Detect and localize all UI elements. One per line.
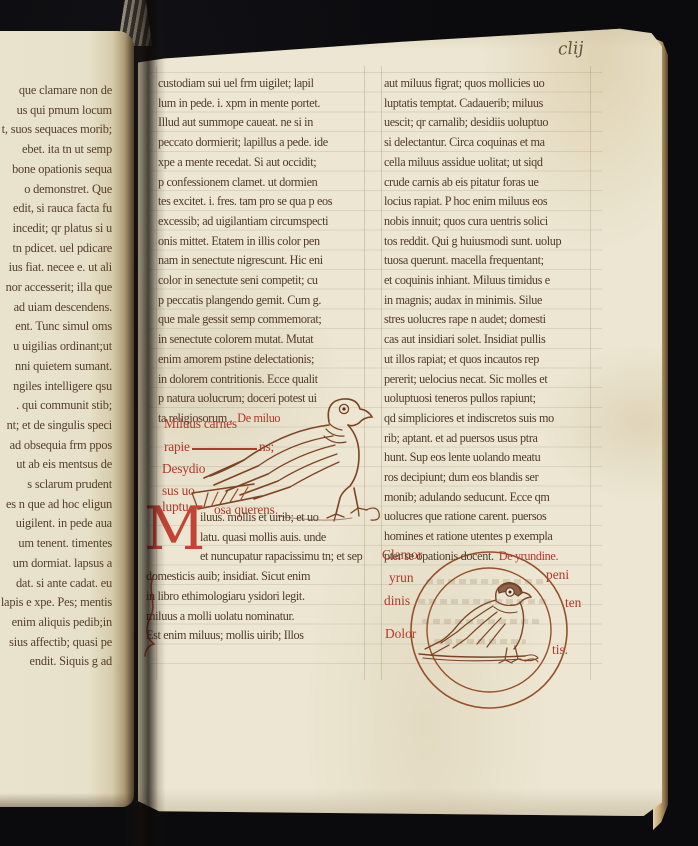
facing-text-line: sius affectib; quasi pe [0,633,112,653]
facing-text-line: lapis e xpe. Pes; mentis [0,593,112,613]
facing-text-line: nor accesserit; illa que [0,278,112,298]
text-line: nobis innuit; quos cura uentris solici [384,212,594,232]
initial-paragraph: M iluus. mollis et uirib; et uo latu. qu… [146,508,374,646]
text-line: que male gessit semp commemorat; [158,310,368,330]
text-line: hunt. Sup eos lente uolando meatu [384,448,594,468]
text-line: cella miluus assidue uolitat; ut siqd [384,153,594,173]
facing-text-line: bone opationis sequa [0,160,112,180]
facing-text-line: u uigilias ordinant;ut [0,337,112,357]
facing-text-line: incedit; qr platus si u [0,219,112,239]
text-line: custodiam sui uel frm uigilet; lapil [158,74,368,94]
text-line: luptatis temptat. Cadauerib; miluus [384,94,594,114]
text-line: pererit; uelocius necat. Sic molles et [384,370,594,390]
facing-text-line: ius fiat. necee e. ut ali [0,258,112,278]
text-line: xpe a mente recedat. Si aut occidit; [158,153,368,173]
facing-text-line: nt; et de singulis speci [0,416,112,436]
text-line: excessib; ad uigilantiam circumspecti [158,212,368,232]
text-line: peccato dormierit; lapillus a pede. ide [158,133,368,153]
folio-number: clij [557,38,584,59]
facing-text-line: nni quietem sumant. [0,357,112,377]
text-line: cas aut insidiari solet. Insidiat pullis [384,330,594,350]
text-line: rib; aptant. et ad puersos usus ptra [384,429,594,449]
facing-text-line: tn pdicet. uel pdicare [0,239,112,259]
text-line: crude carnis ab eis pitatur foras ue [384,173,594,193]
facing-text-line: ad uiam descendens. [0,298,112,318]
facing-text-line: us qui pmum locum [0,101,112,121]
facing-page: que clamare non de us qui pmum locum t, … [0,31,134,807]
illuminated-initial-m: M [144,511,196,551]
text-line: p peccatis plangendo gemit. Cum g. [158,291,368,311]
facing-text-line: ut ab eis mentsus de [0,455,112,475]
text-line: in dolorem contritionis. Ecce qualit [158,370,368,390]
facing-text-line: enim aliquis pedib;in [0,613,112,633]
facing-text-line: s sclarum prudent [0,475,112,495]
text-line: qd simpliciores et indiscretos suis mo [384,409,594,429]
right-text-column: aut miluus figrat; quos mollicies uo lup… [384,74,594,567]
facing-text-line: ent. Tunc simul oms [0,317,112,337]
text-line: pter se opationis docent.De yrundine. [384,547,594,567]
text-line: Illud aut summope caueat. ne si in [158,113,368,133]
photograph-of-manuscript: { "folio": "clij", "colors": { "backgrou… [0,0,698,846]
text-line: Est enim miluus; mollis uirib; Illos [146,626,374,646]
text-line: miluus a molli uolatu nominatur. [146,607,374,627]
text-line: tes excitet. i. fres. tam pro se qua p e… [158,192,368,212]
facing-text-line: . qui communit stib; [0,396,112,416]
text-line: in libro ethimologiaru ysidori legit. [146,587,374,607]
text-line: onis mittet. Etatem in illis color pen [158,232,368,252]
facing-text-line: ebet. ita tn ut semp [0,140,112,160]
text-line: tuosa querunt. macella frequentant; [384,251,594,271]
text-line: ros decipiunt; dum eos blandis ser [384,468,594,488]
text-line: ut illos rapiat; et quos incautos rep [384,350,594,370]
text-line: nam in senectute nigrescunt. Hic eni [158,251,368,271]
facing-page-text-column: que clamare non de us qui pmum locum t, … [0,81,112,672]
manuscript-page: clij custodiam sui uel frm uigilet; lapi… [138,26,662,820]
facing-text-line: t, suos sequaces morib; [0,120,112,140]
text-line: uolucres que ratione carent. puersos [384,507,594,527]
text-line: homines et ratione utentes p exempla [384,527,594,547]
swallow-roundel-drawing [403,544,575,716]
text-line: enim amorem pstine delectationis; [158,350,368,370]
facing-text-line: ad obsequia frm ppos [0,436,112,456]
facing-text-line: edit, si rauca facta fu [0,199,112,219]
text-line: monib; adulando seducunt. Ecce qm [384,488,594,508]
facing-text-line: um tenent. timentes [0,534,112,554]
text-line: tos reddit. Qui g huiusmodi sunt. uolup [384,232,594,252]
rubric-text: De yrundine. [499,549,558,563]
left-text-column: custodiam sui uel frm uigilet; lapil lum… [158,74,368,429]
facing-text-line: que clamare non de [0,81,112,101]
text-line: uoluptuosi teneros pullos rapiunt; [384,389,594,409]
ruling-vertical-line [381,66,382,680]
text-line: aut miluus figrat; quos mollicies uo [384,74,594,94]
text-line: color in senectute seni competit; cu [158,271,368,291]
facing-text-line: endit. Siquis g ad [0,652,112,672]
text-line: p confessionem clamet. ut dormien [158,173,368,193]
text-line: locius rapiat. P hoc enim miluus eos [384,192,594,212]
text-line: in senectute colorem mutat. Mutat [158,330,368,350]
text-line: si delectantur. Circa coquinas et ma [384,133,594,153]
text-line: in magnis; audax in minimis. Silue [384,291,594,311]
text-line: domesticis auib; insidiat. Sicut enim [146,567,374,587]
facing-text-line: ngiles intelligere qsu [0,377,112,397]
text-line: lum in pede. i. xpm in mente portet. [158,94,368,114]
facing-text-line: um dormiat. lapsus a [0,554,112,574]
facing-text-line: o demonstret. Que [0,180,112,200]
text-line: stres uolucres rape n audet; domesti [384,310,594,330]
text-line: et coquinis inhiant. Miluus timidus e [384,271,594,291]
facing-text-line: es n que ad hoc eligun [0,495,112,515]
text-line: uescit; qr carnalib; desidiis uoluptuo [384,113,594,133]
facing-text-line: dat. si ante cadat. eu [0,574,112,594]
facing-text-line: uigilent. in pede aua [0,514,112,534]
